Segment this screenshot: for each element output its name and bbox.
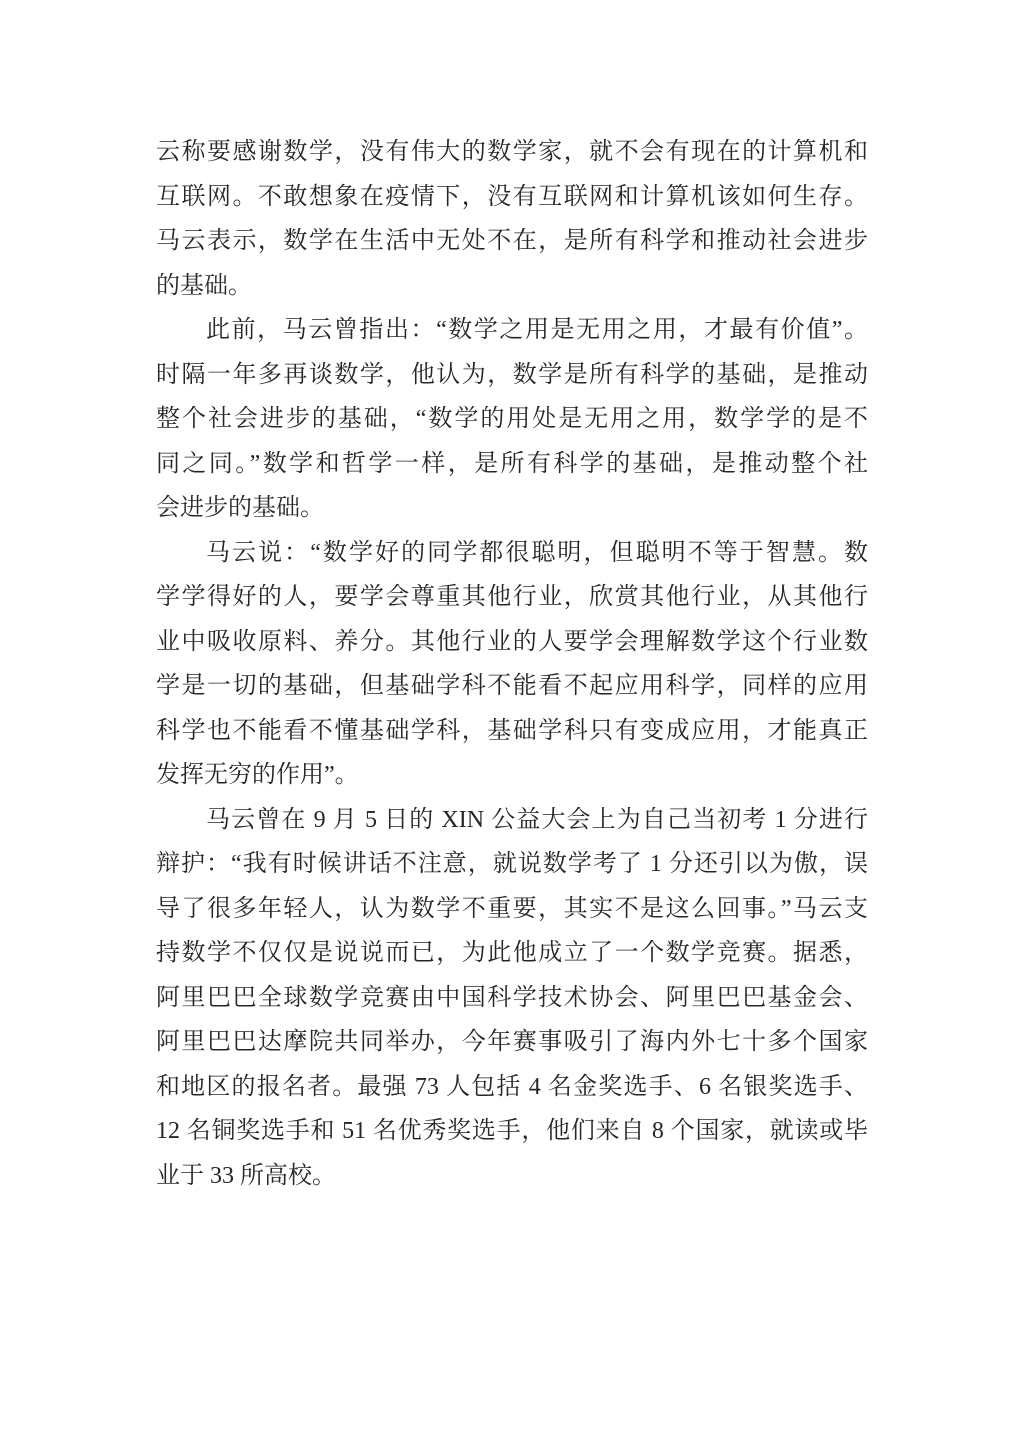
- text-line: 互联网。不敢想象在疫情下，没有互联网和计算机该如何生存。: [156, 175, 868, 220]
- text-line: 马云曾在 9 月 5 日的 XIN 公益大会上为自己当初考 1 分进行: [156, 798, 868, 843]
- text-line: 阿里巴巴达摩院共同举办，今年赛事吸引了海内外七十多个国家: [156, 1020, 868, 1065]
- text-line: 的基础。: [156, 264, 868, 309]
- paragraph: 此前，马云曾指出：“数学之用是无用之用，才最有价值”。时隔一年多再谈数学，他认为…: [156, 308, 868, 531]
- paragraph: 云称要感谢数学，没有伟大的数学家，就不会有现在的计算机和互联网。不敢想象在疫情下…: [156, 130, 868, 308]
- text-line: 云称要感谢数学，没有伟大的数学家，就不会有现在的计算机和: [156, 130, 868, 175]
- text-line: 阿里巴巴全球数学竞赛由中国科学技术协会、阿里巴巴基金会、: [156, 976, 868, 1021]
- text-line: 导了很多年轻人，认为数学不重要，其实不是这么回事。”马云支: [156, 887, 868, 932]
- text-line: 科学也不能看不懂基础学科，基础学科只有变成应用，才能真正: [156, 709, 868, 754]
- document-page: 云称要感谢数学，没有伟大的数学家，就不会有现在的计算机和互联网。不敢想象在疫情下…: [0, 0, 1024, 1448]
- body-text-column: 云称要感谢数学，没有伟大的数学家，就不会有现在的计算机和互联网。不敢想象在疫情下…: [156, 130, 868, 1198]
- text-line: 12 名铜奖选手和 51 名优秀奖选手，他们来自 8 个国家，就读或毕: [156, 1109, 868, 1154]
- text-line: 会进步的基础。: [156, 486, 868, 531]
- paragraph: 马云说：“数学好的同学都很聪明，但聪明不等于智慧。数学学得好的人，要学会尊重其他…: [156, 531, 868, 798]
- text-line: 同之同。”数学和哲学一样，是所有科学的基础，是推动整个社: [156, 442, 868, 487]
- text-line: 时隔一年多再谈数学，他认为，数学是所有科学的基础，是推动: [156, 353, 868, 398]
- text-line: 辩护：“我有时候讲话不注意，就说数学考了 1 分还引以为傲，误: [156, 842, 868, 887]
- text-line: 马云表示，数学在生活中无处不在，是所有科学和推动社会进步: [156, 219, 868, 264]
- text-line: 持数学不仅仅是说说而已，为此他成立了一个数学竞赛。据悉，: [156, 931, 868, 976]
- text-line: 业于 33 所高校。: [156, 1154, 868, 1199]
- paragraph: 马云曾在 9 月 5 日的 XIN 公益大会上为自己当初考 1 分进行辩护：“我…: [156, 798, 868, 1199]
- text-line: 整个社会进步的基础，“数学的用处是无用之用，数学学的是不: [156, 397, 868, 442]
- text-line: 学学得好的人，要学会尊重其他行业，欣赏其他行业，从其他行: [156, 575, 868, 620]
- text-line: 此前，马云曾指出：“数学之用是无用之用，才最有价值”。: [156, 308, 868, 353]
- text-line: 马云说：“数学好的同学都很聪明，但聪明不等于智慧。数: [156, 531, 868, 576]
- text-line: 发挥无穷的作用”。: [156, 753, 868, 798]
- text-line: 业中吸收原料、养分。其他行业的人要学会理解数学这个行业数: [156, 620, 868, 665]
- text-line: 和地区的报名者。最强 73 人包括 4 名金奖选手、6 名银奖选手、: [156, 1065, 868, 1110]
- text-line: 学是一切的基础，但基础学科不能看不起应用科学，同样的应用: [156, 664, 868, 709]
